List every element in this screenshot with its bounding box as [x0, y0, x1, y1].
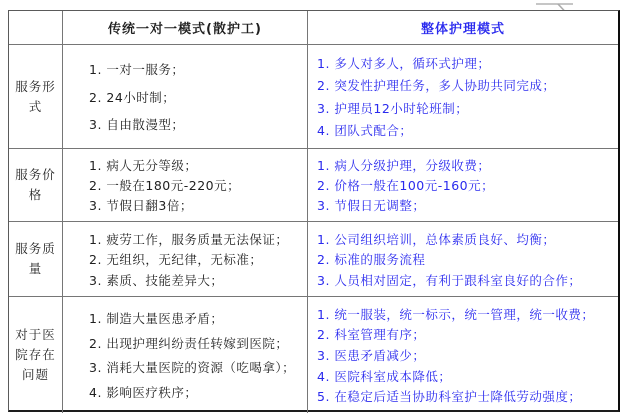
cell-holistic-hospital-issues: 1. 统一服装，统一标示，统一管理，统一收费；2. 科室管理有序；3. 医患矛盾… [308, 297, 618, 413]
list-item: 3. 素质、技能差异大； [89, 271, 303, 289]
header-empty-corner-cell [9, 11, 63, 45]
list-item: 1. 病人无分等级； [89, 156, 303, 174]
row-label-service-price: 服务价格 [9, 149, 63, 222]
list-item: 3. 自由散漫型； [89, 115, 303, 133]
list-item: 2. 突发性护理任务，多人协助共同完成； [317, 76, 614, 94]
list-item: 3. 节假日翻3倍； [89, 196, 303, 214]
list-item: 2. 出现护理纠纷责任转嫁到医院； [89, 334, 303, 352]
list-item: 2. 价格一般在100元-160元； [317, 176, 614, 194]
list-item: 1. 多人对多人，循环式护理； [317, 54, 614, 72]
list-item: 4. 影响医疗秩序； [89, 383, 303, 401]
list-item: 3. 护理员12小时轮班制； [317, 99, 614, 117]
list-item: 4. 医院科室成本降低； [317, 367, 614, 385]
list-item: 3. 消耗大量医院的资源（吃喝拿）； [89, 358, 303, 376]
row-label-service-form: 服务形式 [9, 45, 63, 149]
list-item: 1. 疲劳工作，服务质量无法保证； [89, 230, 303, 248]
list-item: 1. 统一服装，统一标示，统一管理，统一收费； [317, 305, 614, 323]
list-item: 2. 24小时制； [89, 88, 303, 106]
list-item: 2. 无组织，无纪律，无标准； [89, 250, 303, 268]
row-label-hospital-issues: 对于医院存在问题 [9, 297, 63, 413]
cell-traditional-service-quality: 1. 疲劳工作，服务质量无法保证；2. 无组织，无纪律，无标准；3. 素质、技能… [63, 222, 308, 297]
list-item: 1. 一对一服务； [89, 60, 303, 78]
cell-traditional-hospital-issues: 1. 制造大量医患矛盾；2. 出现护理纠纷责任转嫁到医院；3. 消耗大量医院的资… [63, 297, 308, 413]
list-item: 4. 团队式配合； [317, 121, 614, 139]
list-item: 1. 制造大量医患矛盾； [89, 309, 303, 327]
document-page: 传统一对一模式(散护工) 整体护理模式 服务形式 1. 一对一服务；2. 24小… [0, 0, 628, 417]
list-item: 2. 科室管理有序； [317, 325, 614, 343]
header-holistic-model: 整体护理模式 [308, 11, 618, 45]
list-item: 2. 标准的服务流程 [317, 250, 614, 268]
list-item: 1. 病人分级护理，分级收费； [317, 156, 614, 174]
list-item: 3. 人员相对固定，有利于跟科室良好的合作； [317, 271, 614, 289]
cell-holistic-service-form: 1. 多人对多人，循环式护理；2. 突发性护理任务，多人协助共同完成；3. 护理… [308, 45, 618, 149]
comparison-table: 传统一对一模式(散护工) 整体护理模式 服务形式 1. 一对一服务；2. 24小… [8, 10, 620, 412]
list-item: 5. 在稳定后适当协助科室护士降低劳动强度； [317, 387, 614, 405]
cell-traditional-service-price: 1. 病人无分等级；2. 一般在180元-220元；3. 节假日翻3倍； [63, 149, 308, 222]
list-item: 3. 节假日无调整； [317, 196, 614, 214]
row-label-service-quality: 服务质量 [9, 222, 63, 297]
list-item: 2. 一般在180元-220元； [89, 176, 303, 194]
list-item: 3. 医患矛盾减少； [317, 346, 614, 364]
header-traditional-model: 传统一对一模式(散护工) [63, 11, 308, 45]
cell-holistic-service-quality: 1. 公司组织培训，总体素质良好、均衡；2. 标准的服务流程3. 人员相对固定，… [308, 222, 618, 297]
list-item: 1. 公司组织培训，总体素质良好、均衡； [317, 230, 614, 248]
cell-traditional-service-form: 1. 一对一服务；2. 24小时制；3. 自由散漫型； [63, 45, 308, 149]
cell-holistic-service-price: 1. 病人分级护理，分级收费；2. 价格一般在100元-160元；3. 节假日无… [308, 149, 618, 222]
